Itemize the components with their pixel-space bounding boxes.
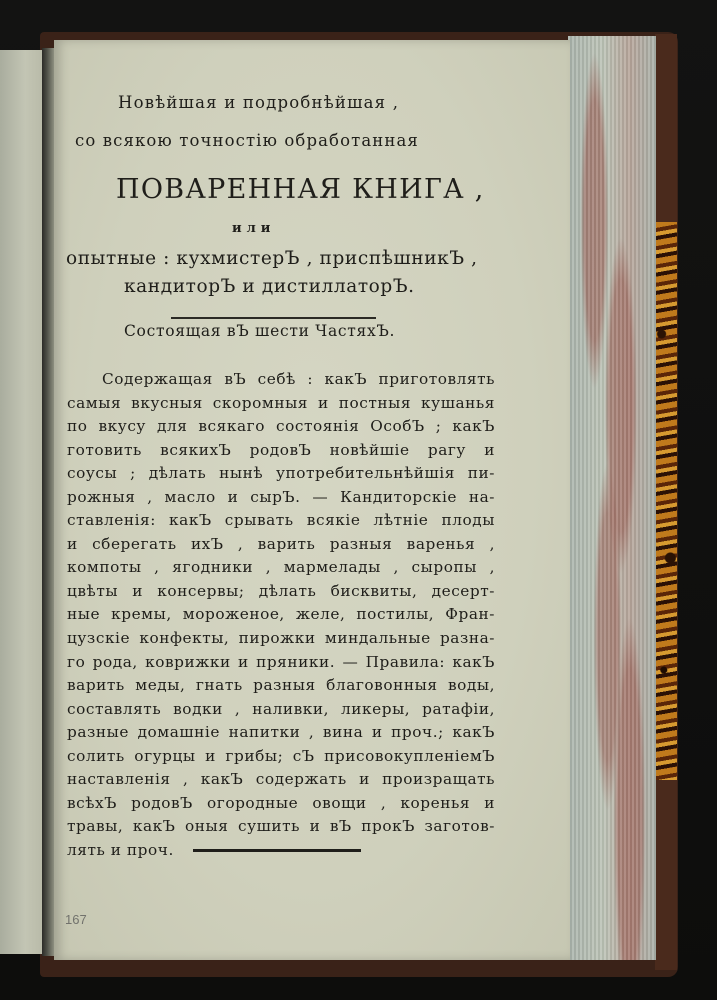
divider-rule-bottom [193,849,361,852]
body-line: цвѣты и консервы; дѣлать бисквиты, десер… [67,580,495,604]
body-line: по вкусу для всякаго состоянія ОсобЪ ; к… [67,415,495,439]
subtitle-line-1: опытные : кухмистерЪ , приспѣшникЪ , [66,248,478,269]
body-line: рожныя , масло и сырЪ. — Кандиторскіе на… [67,486,495,510]
body-line: всѣхЪ родовЪ огородные овощи , коренья и [67,792,495,816]
body-line: соусы ; дѣлать нынѣ употребительнѣйшія п… [67,462,495,486]
body-line: травы, какЪ оныя сушить и вЪ прокЪ загот… [67,815,495,839]
body-line: го рода, коврижки и пряники. — Правила: … [67,651,495,675]
body-line: Содержащая вЪ себѣ : какЪ приготовлять [67,368,495,392]
book-title: ПОВАРЕННАЯ КНИГА , [116,174,485,205]
body-line: ставленія: какЪ срывать всякіе лѣтніе пл… [67,509,495,533]
body-line: готовить всякихЪ родовЪ новѣйшіе рагу и [67,439,495,463]
body-line: ные кремы, мороженое, желе, постилы, Фра… [67,603,495,627]
subtitle-line-2: кандиторЪ и дистиллаторЪ. [124,276,415,297]
contents-paragraph: Содержащая вЪ себѣ : какЪ приготовлять с… [67,368,495,862]
body-line: наставленія , какЪ содержать и произраща… [67,768,495,792]
body-line: и сберегать ихЪ , варить разныя варенья … [67,533,495,557]
body-line: разные домашніе напитки , вина и проч.; … [67,721,495,745]
body-line: составлять водки , наливки, ликеры, рата… [67,698,495,722]
connector-word: или [232,221,275,236]
body-line: солить огурцы и грибы; сЪ присовокуплені… [67,745,495,769]
body-line: компоты , ягодники , мармелады , сыропы … [67,556,495,580]
body-line: цузскіе конфекты, пирожки миндальные раз… [67,627,495,651]
body-line: самыя вкусныя скоромныя и постныя кушань… [67,392,495,416]
body-line: варить меды, гнать разныя благовонныя во… [67,674,495,698]
title-line-1: Новѣйшая и подробнѣйшая , [118,93,399,112]
title-line-2: со всякою точностію обработанная [75,131,419,150]
title-page-content: Новѣйшая и подробнѣйшая , со всякою точн… [0,0,717,1000]
pencil-shelf-mark: 167 [65,912,87,927]
divider-rule-top [171,317,376,319]
parts-line: Состоящая вЪ шести ЧастяхЪ. [124,322,395,340]
